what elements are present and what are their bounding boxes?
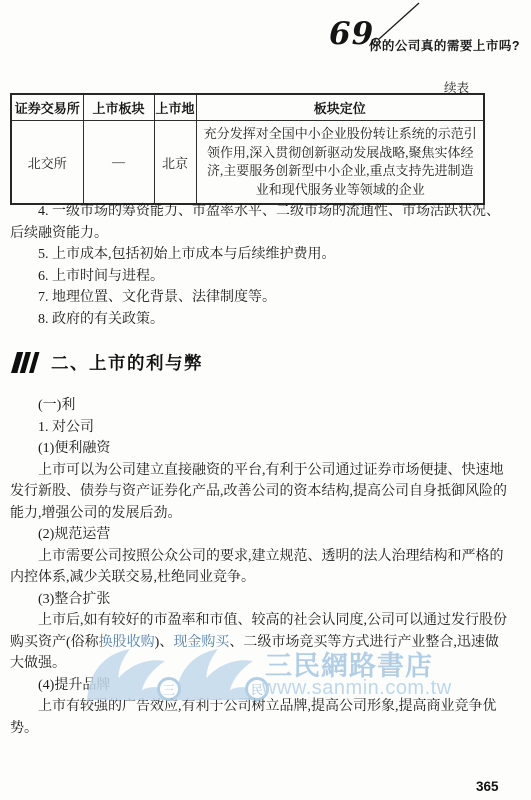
list-item: 6. 上市时间与进程。 — [10, 266, 509, 288]
cell-board: — — [83, 121, 154, 205]
subheading-for-company: 1. 对公司 — [10, 417, 511, 439]
list-item: 5. 上市成本,包括初始上市成本与后续维护费用。 — [10, 244, 509, 266]
subheading-benefits: (一)利 — [10, 395, 511, 417]
list-item: 7. 地理位置、文化背景、法律制度等。 — [10, 287, 509, 309]
list-item: 4. 一级市场的筹资能力、市盈率水平、二级市场的流通性、市场活跃状况、后续融资能… — [10, 201, 509, 244]
table-row: 北交所 — 北京 充分发挥对全国中小企业股份转让系统的示范引领作用,深入贯彻创新… — [11, 121, 484, 205]
text-segment: )、 — [155, 635, 174, 650]
section-heading: 二、上市的利与弊 — [11, 350, 203, 375]
page-number: 365 — [476, 779, 499, 794]
exchange-boards-table: 证券交易所 上市板块 上市地 板块定位 北交所 — 北京 充分发挥对全国中小企业… — [10, 93, 485, 205]
considerations-list: 4. 一级市场的筹资能力、市盈率水平、二级市场的流通性、市场活跃状况、后续融资能… — [10, 201, 509, 330]
paragraph-financing: 上市可以为公司建立直接融资的平台,有利于公司通过证券市场便捷、快速地发行新股、债… — [10, 460, 511, 525]
paragraph-operations: 上市需要公司按照公众公司的要求,建立规范、透明的法人治理结构和严格的内控体系,减… — [10, 546, 511, 589]
point-integration: (3)整合扩张 — [10, 589, 511, 611]
book-page: 69 你的公司真的需要上市吗? 续表 证券交易所 上市板块 上市地 板块定位 北… — [0, 0, 531, 800]
chapter-title: 你的公司真的需要上市吗? — [369, 36, 520, 54]
col-header-positioning: 板块定位 — [196, 94, 484, 121]
text-segment: 换股收购 — [99, 635, 155, 650]
col-header-board: 上市板块 — [83, 94, 154, 121]
cell-positioning: 充分发挥对全国中小企业股份转让系统的示范引领作用,深入贯彻创新驱动发展战略,聚焦… — [196, 121, 484, 205]
cell-exchange: 北交所 — [11, 121, 83, 205]
paragraph-brand: 上市有较强的广告效应,有利于公司树立品牌,提高公司形象,提高商业竞争优势。 — [10, 696, 511, 739]
section-slash-icon — [11, 352, 42, 373]
cell-city: 北京 — [154, 121, 196, 205]
col-header-city: 上市地 — [154, 94, 196, 121]
body-text: (一)利 1. 对公司 (1)便利融资 上市可以为公司建立直接融资的平台,有利于… — [10, 395, 511, 739]
point-operations: (2)规范运营 — [10, 524, 511, 546]
chapter-header: 69 你的公司真的需要上市吗? — [321, 0, 531, 62]
list-item: 8. 政府的有关政策。 — [10, 309, 509, 331]
text-segment: 现金购买 — [173, 635, 229, 650]
paragraph-integration: 上市后,如有较好的市盈率和市值、较高的社会认同度,公司可以通过发行股份购买资产(… — [10, 610, 511, 675]
col-header-exchange: 证券交易所 — [11, 94, 83, 121]
section-title: 二、上市的利与弊 — [51, 350, 203, 375]
point-financing: (1)便利融资 — [10, 438, 511, 460]
table-header-row: 证券交易所 上市板块 上市地 板块定位 — [11, 94, 484, 121]
point-brand: (4)提升品牌 — [10, 675, 511, 697]
